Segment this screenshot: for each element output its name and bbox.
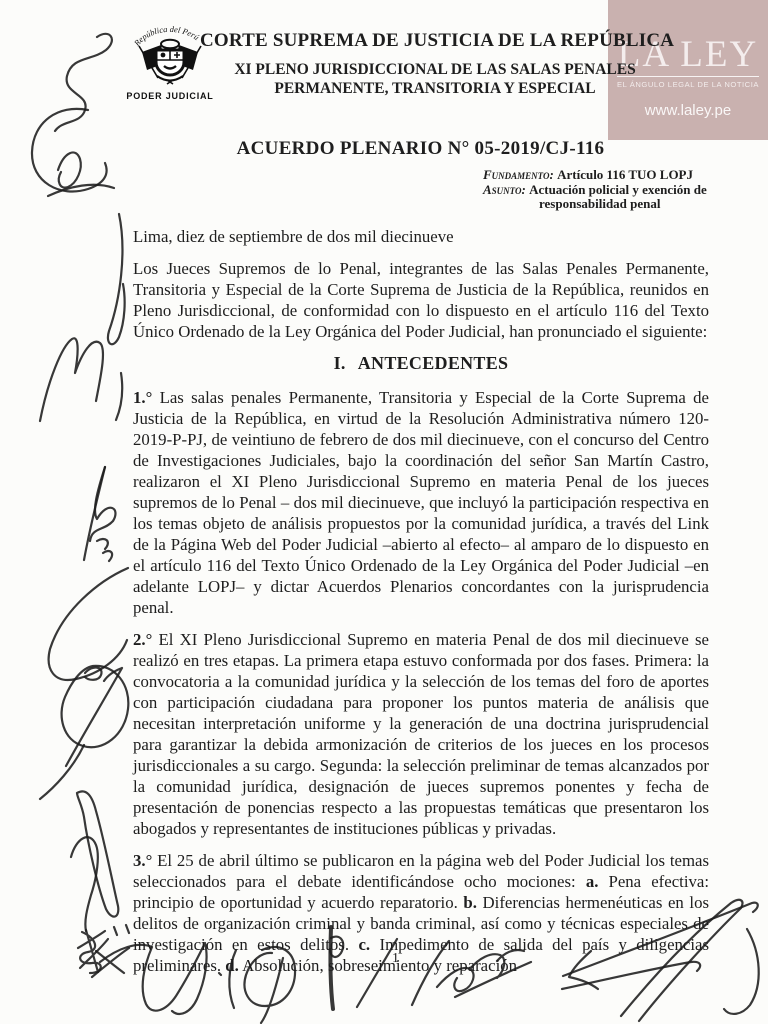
- logo-arc-text: República del Perú: [132, 25, 201, 49]
- asunto-value-line1: Actuación policial y exención de: [529, 182, 707, 197]
- item-b-label: b.: [463, 893, 477, 912]
- asunto-value-line2: responsabilidad penal: [539, 196, 661, 211]
- fundamento-value: Artículo 116 TUO LOPJ: [557, 167, 693, 182]
- document-page: LA LEY EL ÁNGULO LEGAL DE LA NOTICIA www…: [0, 0, 768, 1024]
- asunto-line2: responsabilidad penal: [483, 197, 723, 212]
- fundamento-label: Fundamento:: [483, 167, 554, 182]
- paragraph-1-number: 1.°: [133, 388, 152, 407]
- asunto-label: Asunto:: [483, 182, 526, 197]
- asunto-line: Asunto: Actuación policial y exención de: [483, 183, 723, 198]
- intro-paragraph: Los Jueces Supremos de lo Penal, integra…: [133, 258, 709, 342]
- section-number: I.: [334, 353, 346, 373]
- paragraph-2-number: 2.°: [133, 630, 152, 649]
- fundamento-line: Fundamento: Artículo 116 TUO LOPJ: [483, 168, 723, 183]
- paragraph-3-number: 3.°: [133, 851, 152, 870]
- paragraph-1: 1.° Las salas penales Permanente, Transi…: [133, 387, 709, 618]
- page-number: 1: [392, 951, 399, 967]
- court-name: CORTE SUPREMA DE JUSTICIA DE LA REPÚBLIC…: [200, 30, 670, 52]
- dateline: Lima, diez de septiembre de dos mil diec…: [133, 226, 709, 247]
- paragraph-3-text-5: Absolución, sobreseimiento y reparación: [239, 956, 517, 975]
- paragraph-3: 3.° El 25 de abril último se publicaron …: [133, 850, 709, 976]
- item-c-label: c.: [358, 935, 370, 954]
- svg-text:República del Perú: República del Perú: [132, 25, 201, 49]
- meta-block: Fundamento: Artículo 116 TUO LOPJ Asunto…: [483, 168, 723, 212]
- paragraph-1-text: Las salas penales Permanente, Transitori…: [133, 388, 709, 617]
- plenary-line1: XI PLENO JURISDICCIONAL DE LAS SALAS PEN…: [200, 60, 670, 79]
- plenary-line2: PERMANENTE, TRANSITORIA Y ESPECIAL: [200, 79, 670, 98]
- section-title: ANTECEDENTES: [358, 353, 509, 373]
- paragraph-2: 2.° El XI Pleno Jurisdiccional Supremo e…: [133, 629, 709, 839]
- document-header: CORTE SUPREMA DE JUSTICIA DE LA REPÚBLIC…: [200, 30, 670, 98]
- laley-url: www.laley.pe: [608, 102, 768, 119]
- plenary-title: XI PLENO JURISDICCIONAL DE LAS SALAS PEN…: [200, 60, 670, 98]
- section-heading: I.ANTECEDENTES: [133, 353, 709, 374]
- document-body: Lima, diez de septiembre de dos mil diec…: [133, 226, 709, 987]
- item-d-label: d.: [225, 956, 239, 975]
- item-a-label: a.: [586, 872, 599, 891]
- document-title: ACUERDO PLENARIO N° 05-2019/CJ-116: [133, 138, 708, 160]
- paragraph-2-text: El XI Pleno Jurisdiccional Supremo en ma…: [133, 630, 709, 838]
